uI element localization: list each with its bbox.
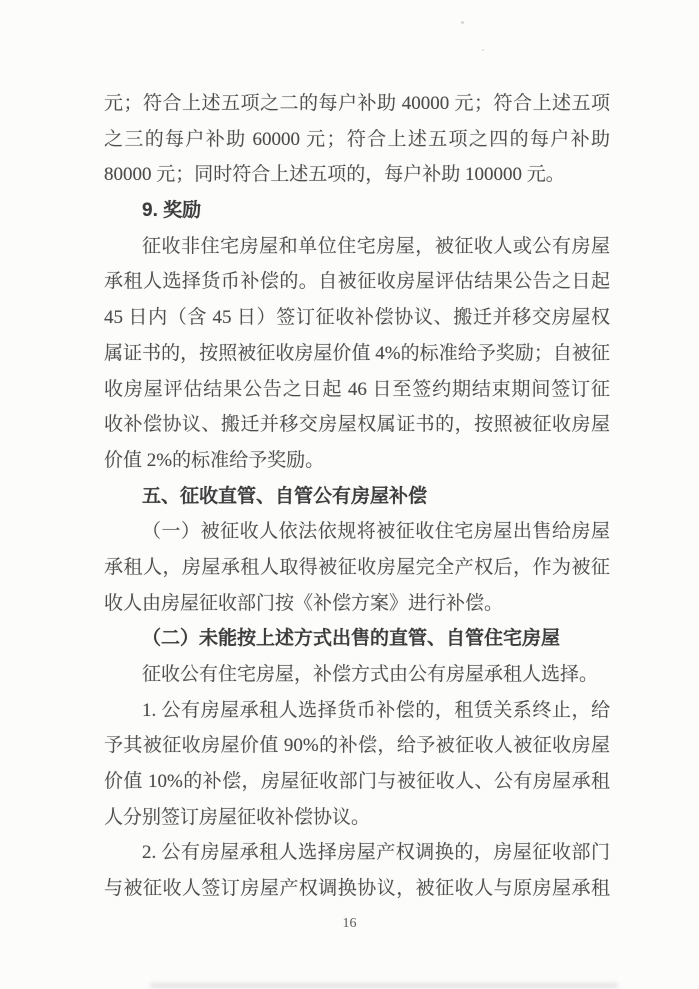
text-line: 之三的每户补助 60000 元；符合上述五项之四的每户补助 <box>104 122 610 158</box>
text-line: 承租人选择货币补偿的。自被征收房屋评估结果公告之日起 <box>104 264 610 300</box>
next-page-edge-shadow <box>150 983 618 988</box>
text-line: 收房屋评估结果公告之日起 46 日至签约期结束期间签订征 <box>104 372 610 408</box>
text-line: 收补偿协议、搬迁并移交房屋权属证书的，按照被征收房屋 <box>104 407 610 443</box>
text-line: 45 日内（含 45 日）签订征收补偿协议、搬迁并移交房屋权 <box>104 300 610 336</box>
text-line: 80000 元；同时符合上述五项的，每户补助 100000 元。 <box>104 157 610 193</box>
text-line: 1. 公有房屋承租人选择货币补偿的，租赁关系终止，给 <box>104 693 610 729</box>
page-number: 16 <box>0 916 699 932</box>
scan-artifact-speck <box>461 21 464 24</box>
text-line: （一）被征收人依法依规将被征收住宅房屋出售给房屋 <box>104 514 610 550</box>
text-line: 价值 2%的标准给予奖励。 <box>104 443 610 479</box>
scan-artifact-speck <box>482 49 484 51</box>
heading-line: 9. 奖励 <box>104 193 610 229</box>
text-line: 承租人，房屋承租人取得被征收房屋完全产权后，作为被征 <box>104 550 610 586</box>
text-line: 属证书的，按照被征收房屋价值 4%的标准给予奖励；自被征 <box>104 336 610 372</box>
text-line: 价值 10%的补偿，房屋征收部门与被征收人、公有房屋承租 <box>104 764 610 800</box>
heading-line: 五、征收直管、自管公有房屋补偿 <box>104 479 610 515</box>
scanned-document-page: 元；符合上述五项之二的每户补助 40000 元；符合上述五项之三的每户补助 60… <box>0 0 699 989</box>
text-line: 与被征收人签订房屋产权调换协议，被征收人与原房屋承租 <box>104 871 610 907</box>
text-line: 2. 公有房屋承租人选择房屋产权调换的，房屋征收部门 <box>104 835 610 871</box>
text-line: 征收公有住宅房屋，补偿方式由公有房屋承租人选择。 <box>104 657 610 693</box>
text-line: 征收非住宅房屋和单位住宅房屋，被征收人或公有房屋 <box>104 229 610 265</box>
text-line: 元；符合上述五项之二的每户补助 40000 元；符合上述五项 <box>104 86 610 122</box>
document-body-text: 元；符合上述五项之二的每户补助 40000 元；符合上述五项之三的每户补助 60… <box>104 86 610 907</box>
text-line: 予其被征收房屋价值 90%的补偿，给予被征收人被征收房屋 <box>104 728 610 764</box>
heading-line: （二）未能按上述方式出售的直管、自管住宅房屋 <box>104 621 610 657</box>
text-line: 人分别签订房屋征收补偿协议。 <box>104 800 610 836</box>
text-line: 收人由房屋征收部门按《补偿方案》进行补偿。 <box>104 586 610 622</box>
